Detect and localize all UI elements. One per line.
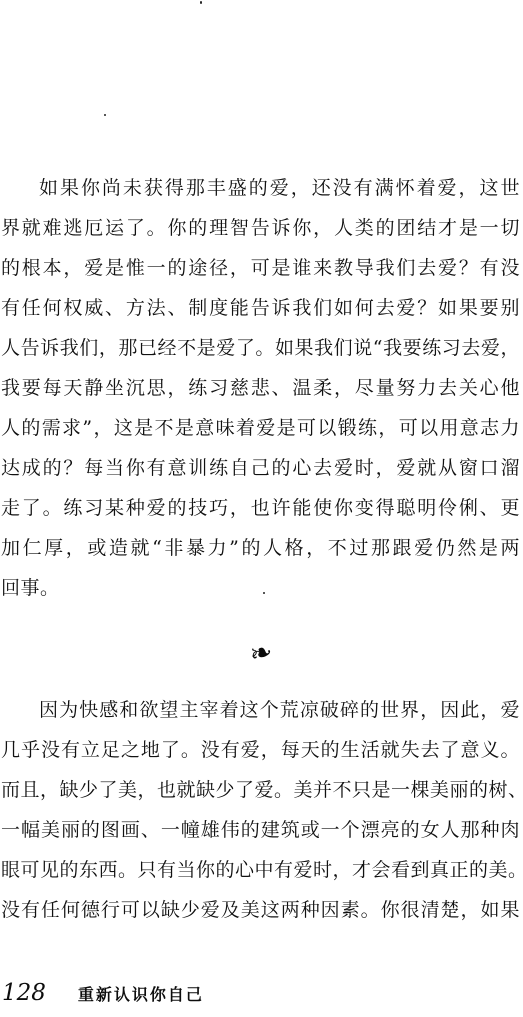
text-line: 走了。练习某种爱的技巧，也许能使你变得聪明伶俐、更 (1, 488, 520, 528)
book-title: 重新认识你自己 (78, 982, 204, 1005)
text-line: 如果你尚未获得那丰盛的爱，还没有满怀着爱，这世 (1, 168, 520, 208)
scan-speck (200, 1, 202, 4)
text-line: 几乎没有立足之地了。没有爱，每天的生活就失去了意义。 (1, 730, 520, 770)
text-line: 加仁厚，或造就“非暴力”的人格，不过那跟爱仍然是两 (1, 528, 520, 568)
text-line: 达成的？每当你有意训练自己的心去爱时，爱就从窗口溜 (1, 448, 520, 488)
text-line: 人告诉我们，那已经不是爱了。如果我们说“我要练习去爱， (1, 328, 520, 368)
page-number: 128 (2, 980, 46, 1006)
text-line: 回事。 (1, 568, 520, 608)
text-line: 的根本，爱是惟一的途径，可是谁来教导我们去爱？有没 (1, 248, 520, 288)
text-line: 有任何权威、方法、制度能告诉我们如何去爱？如果要别 (1, 288, 520, 328)
paragraph: 因为快感和欲望主宰着这个荒凉破碎的世界，因此，爱几乎没有立足之地了。没有爱，每天… (1, 690, 520, 930)
ornament-row: ❧ (0, 636, 523, 672)
text-line: 一幅美丽的图画、一幢雄伟的建筑或一个漂亮的女人那种肉 (1, 810, 520, 850)
text-line: 人的需求”，这是不是意味着爱是可以锻练，可以用意志力 (1, 408, 520, 448)
text-line: 而且，缺少了美，也就缺少了爱。美并不只是一棵美丽的树、 (1, 770, 520, 810)
page-footer: 128 重新认识你自己 (2, 980, 521, 1006)
text-line: 没有任何德行可以缺少爱及美这两种因素。你很清楚，如果 (1, 890, 520, 930)
text-line: 眼可见的东西。只有当你的心中有爱时，才会看到真正的美。 (1, 850, 520, 890)
fleuron-ornament-icon: ❧ (247, 634, 277, 674)
scan-speck (263, 592, 265, 594)
text-line: 我要每天静坐沉思，练习慈悲、温柔，尽量努力去关心他 (1, 368, 520, 408)
text-line: 界就难逃厄运了。你的理智告诉你，人类的团结才是一切 (1, 208, 520, 248)
book-page: 如果你尚未获得那丰盛的爱，还没有满怀着爱，这世界就难逃厄运了。你的理智告诉你，人… (0, 0, 523, 1017)
scan-speck (104, 114, 106, 116)
text-line: 因为快感和欲望主宰着这个荒凉破碎的世界，因此，爱 (1, 690, 520, 730)
paragraph: 如果你尚未获得那丰盛的爱，还没有满怀着爱，这世界就难逃厄运了。你的理智告诉你，人… (1, 168, 520, 608)
